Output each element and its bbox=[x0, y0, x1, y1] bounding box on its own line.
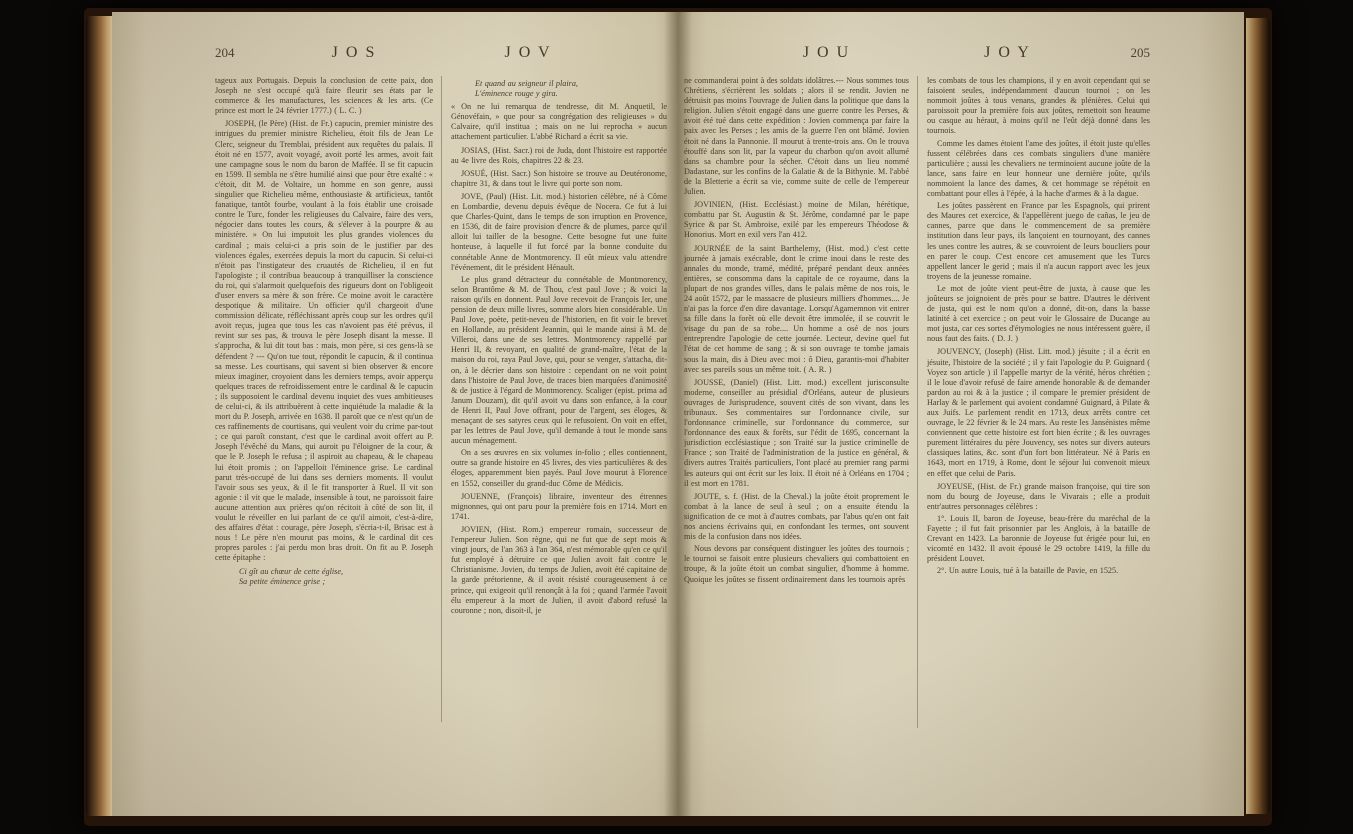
running-title-jos: J O S bbox=[267, 44, 441, 62]
paragraph: JOUSSE, (Daniel) (Hist. Litt. mod.) exce… bbox=[684, 378, 909, 489]
paragraph: Le plus grand détracteur du connétable d… bbox=[451, 275, 667, 447]
paragraph: Nous devons par conséquent distinguer le… bbox=[684, 544, 909, 584]
paragraph: JOSIAS, (Hist. Sacr.) roi de Juda, dont … bbox=[451, 146, 667, 166]
right-page-column-1: ne commanderai point à des soldats idolâ… bbox=[684, 76, 917, 728]
paragraph: ne commanderai point à des soldats idolâ… bbox=[684, 76, 909, 197]
paragraph: Ci gît au chœur de cette église, Sa peti… bbox=[239, 567, 433, 587]
page-number-right: 205 bbox=[1098, 45, 1150, 61]
book-photograph: 204 J O S J O V tageux aux Portugais. De… bbox=[0, 0, 1353, 834]
running-title-jov: J O V bbox=[441, 44, 615, 62]
running-title-joy: J O Y bbox=[917, 44, 1098, 62]
paragraph: Comme les dames étoient l'ame des joûtes… bbox=[927, 139, 1150, 200]
left-page-header: 204 J O S J O V bbox=[215, 44, 667, 70]
paragraph: JOVINIEN, (Hist. Ecclésiast.) moine de M… bbox=[684, 200, 909, 240]
page-number-left: 204 bbox=[215, 45, 267, 61]
paragraph: 2°. Un autre Louis, tué à la bataille de… bbox=[927, 566, 1150, 576]
right-board-page-edges bbox=[1246, 18, 1270, 814]
paragraph: Le mot de joûte vient peut-être de juxta… bbox=[927, 284, 1150, 345]
left-page-column-2: Et quand au seigneur il plaira, L'éminen… bbox=[441, 76, 667, 722]
paragraph: JOSUÉ, (Hist. Sacr.) Son histoire se tro… bbox=[451, 169, 667, 189]
paragraph: JOUTE, s. f. (Hist. de la Cheval.) la jo… bbox=[684, 492, 909, 542]
right-page-text: J O U J O Y 205 ne commanderai point à d… bbox=[684, 44, 1150, 730]
paragraph: JOURNÉE de la saint Barthelemy, (Hist. m… bbox=[684, 244, 909, 375]
right-page-column-2: les combats de tous les champions, il y … bbox=[917, 76, 1150, 728]
left-page-text: 204 J O S J O V tageux aux Portugais. De… bbox=[215, 44, 667, 724]
paragraph: Les joûtes passèrent en France par les E… bbox=[927, 201, 1150, 282]
left-page-column-1: tageux aux Portugais. Depuis la conclusi… bbox=[215, 76, 441, 722]
paragraph: JOUVENCY, (Joseph) (Hist. Litt. mod.) jé… bbox=[927, 347, 1150, 478]
paragraph: JOUENNE, (François) libraire, inventeur … bbox=[451, 492, 667, 522]
paragraph: JOSEPH, (le Père) (Hist. de Fr.) capucin… bbox=[215, 119, 433, 563]
left-board-page-edges bbox=[86, 16, 112, 816]
paragraph: tageux aux Portugais. Depuis la conclusi… bbox=[215, 76, 433, 116]
paragraph: JOYEUSE, (Hist. de Fr.) grande maison fr… bbox=[927, 482, 1150, 512]
paragraph: les combats de tous les champions, il y … bbox=[927, 76, 1150, 137]
paragraph: 1°. Louis II, baron de Joyeuse, beau-frè… bbox=[927, 514, 1150, 564]
paragraph: On a ses œuvres en six volumes in-folio … bbox=[451, 448, 667, 488]
running-title-jou: J O U bbox=[736, 44, 917, 62]
paragraph: JOVIEN, (Hist. Rom.) empereur romain, su… bbox=[451, 525, 667, 616]
paragraph: Et quand au seigneur il plaira, L'éminen… bbox=[475, 79, 667, 99]
right-page-header: J O U J O Y 205 bbox=[684, 44, 1150, 70]
paragraph: « On ne lui remarqua de tendresse, dit M… bbox=[451, 102, 667, 142]
paragraph: JOVE, (Paul) (Hist. Lit. mod.) historien… bbox=[451, 192, 667, 273]
